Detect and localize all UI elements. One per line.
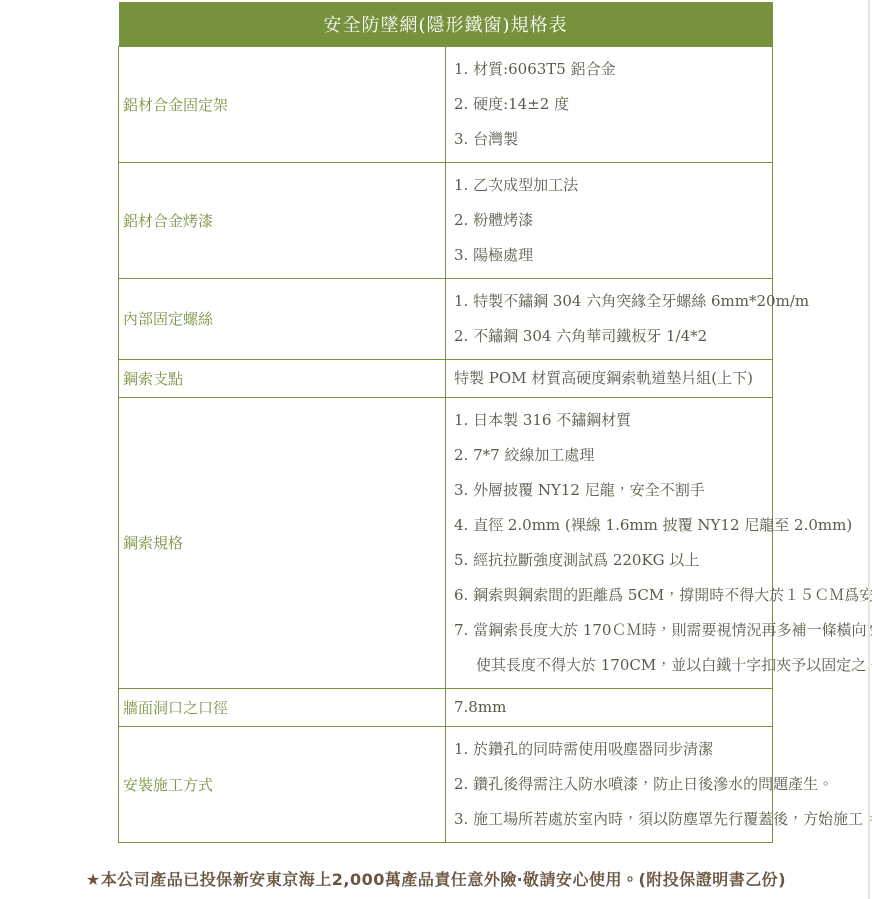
spec-line: 3. 陽極處理 [454,238,768,273]
spec-line: 2. 不鏽鋼 304 六角華司鐵板牙 1/4*2 [454,319,768,354]
spec-line: 3. 外層披覆 NY12 尼龍，安全不割手 [454,473,768,508]
row-label: 鋼索支點 [119,360,446,398]
spec-line: 7.8mm [454,690,768,725]
spec-line: 2. 粉體烤漆 [454,203,768,238]
spec-line: 1. 乙次成型加工法 [454,168,768,203]
table-row: 鋁材合金烤漆1. 乙次成型加工法2. 粉體烤漆3. 陽極處理 [119,163,773,279]
page-right-edge-line [868,0,870,899]
table-row: 牆面洞口之口徑7.8mm [119,689,773,727]
table-row: 鋼索支點特製 POM 材質高硬度鋼索軌道墊片組(上下) [119,360,773,398]
row-content: 1. 日本製 316 不鏽鋼材質2. 7*7 絞線加工處理3. 外層披覆 NY1… [446,398,773,689]
row-label: 鋁材合金烤漆 [119,163,446,279]
spec-line: 1. 於鑽孔的同時需使用吸塵器同步清潔 [454,732,768,767]
spec-line: 1. 特製不鏽鋼 304 六角突緣全牙螺絲 6mm*20m/m [454,284,768,319]
row-content: 7.8mm [446,689,773,727]
spec-line: 2. 鑽孔後得需注入防水噴漆，防止日後滲水的問題產生。 [454,767,768,802]
spec-table: 安全防墜網(隱形鐵窗)規格表 鋁材合金固定架1. 材質:6063T5 鋁合金2.… [118,2,773,843]
spec-line: 3. 台灣製 [454,122,768,157]
row-content: 1. 材質:6063T5 鋁合金2. 硬度:14±2 度3. 台灣製 [446,47,773,163]
table-row: 內部固定螺絲1. 特製不鏽鋼 304 六角突緣全牙螺絲 6mm*20m/m2. … [119,279,773,360]
spec-line: 5. 經抗拉斷強度測試爲 220KG 以上 [454,543,768,578]
table-header-row: 安全防墜網(隱形鐵窗)規格表 [119,2,773,47]
row-content: 1. 於鑽孔的同時需使用吸塵器同步清潔2. 鑽孔後得需注入防水噴漆，防止日後滲水… [446,727,773,843]
table-row: 鋼索規格1. 日本製 316 不鏽鋼材質2. 7*7 絞線加工處理3. 外層披覆… [119,398,773,689]
spec-line: 1. 日本製 316 不鏽鋼材質 [454,403,768,438]
spec-line: 4. 直徑 2.0mm (裸線 1.6mm 披覆 NY12 尼龍至 2.0mm) [454,508,768,543]
spec-line: 7. 當鋼索長度大於 170ＣＭ時，則需要視情況再多補一條橫向交錯的強化線， [454,613,768,648]
row-content: 1. 乙次成型加工法2. 粉體烤漆3. 陽極處理 [446,163,773,279]
row-label: 鋼索規格 [119,398,446,689]
row-label: 安裝施工方式 [119,727,446,843]
row-label: 內部固定螺絲 [119,279,446,360]
spec-line: 1. 材質:6063T5 鋁合金 [454,52,768,87]
row-label: 牆面洞口之口徑 [119,689,446,727]
spec-line: 2. 7*7 絞線加工處理 [454,438,768,473]
insurance-note: ★本公司產品已投保新安東京海上2,000萬產品責任意外險‧敬請安心使用。(附投保… [0,867,872,890]
spec-line: 特製 POM 材質高硬度鋼索軌道墊片組(上下) [454,361,768,396]
table-row: 鋁材合金固定架1. 材質:6063T5 鋁合金2. 硬度:14±2 度3. 台灣… [119,47,773,163]
spec-line: 3. 施工場所若處於室內時，須以防塵罩先行覆蓋後，方始施工。 [454,802,768,837]
spec-line: 6. 鋼索與鋼索間的距離爲 5CM，撐開時不得大於１５ＣＭ爲安全限度。 [454,578,768,613]
row-label: 鋁材合金固定架 [119,47,446,163]
spec-line: 2. 硬度:14±2 度 [454,87,768,122]
row-content: 1. 特製不鏽鋼 304 六角突緣全牙螺絲 6mm*20m/m2. 不鏽鋼 30… [446,279,773,360]
spec-line: 使其長度不得大於 170CM，並以白鐵十字扣夾予以固定之。 [454,648,768,683]
page: 安全防墜網(隱形鐵窗)規格表 鋁材合金固定架1. 材質:6063T5 鋁合金2.… [0,0,872,899]
table-title: 安全防墜網(隱形鐵窗)規格表 [119,2,773,47]
table-body: 鋁材合金固定架1. 材質:6063T5 鋁合金2. 硬度:14±2 度3. 台灣… [119,47,773,843]
row-content: 特製 POM 材質高硬度鋼索軌道墊片組(上下) [446,360,773,398]
table-row: 安裝施工方式1. 於鑽孔的同時需使用吸塵器同步清潔2. 鑽孔後得需注入防水噴漆，… [119,727,773,843]
